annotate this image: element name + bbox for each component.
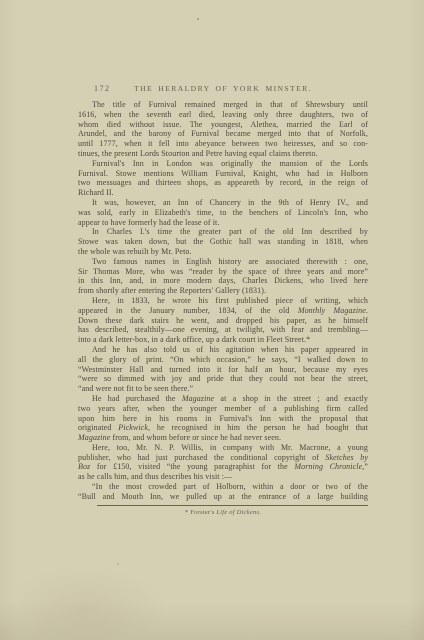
- text-line: two messuages and thirteen shops, as app…: [78, 178, 368, 188]
- text-line: tinues, the present Lords Stourton and P…: [78, 149, 368, 159]
- text-line: Down these dark stairs he went, and drop…: [78, 316, 368, 326]
- text-column: 172 THE HERALDRY OF YORK MINSTER. The ti…: [78, 84, 368, 516]
- page-body-text: The title of Furnival remained merged in…: [78, 100, 368, 502]
- text-line: Two famous names in English history are …: [78, 257, 368, 267]
- text-line: Sir Thomas More, who was “reader by the …: [78, 267, 368, 277]
- scan-speck: [117, 563, 119, 565]
- scan-speck: [197, 18, 199, 20]
- paragraph: Two famous names in English history are …: [78, 257, 368, 296]
- text-line: In Charles I.'s time the greater part of…: [78, 227, 368, 237]
- footnote-text: * Forster's Life of Dickens.: [78, 509, 368, 516]
- paragraph: “In the most crowded part of Holborn, wi…: [78, 482, 368, 502]
- text-line: Arundel, and the barony of Furnival beca…: [78, 129, 368, 139]
- paragraph: In Charles I.'s time the greater part of…: [78, 227, 368, 256]
- text-line: Magazine from, and whom before or since …: [78, 433, 368, 443]
- text-line: Furnival's Inn in London was originally …: [78, 159, 368, 169]
- paragraph: Here, too, Mr. N. P. Willis, in company …: [78, 443, 368, 482]
- text-line: all the glory of print. “On which occasi…: [78, 355, 368, 365]
- text-line: originated Pickwick, he recognised in hi…: [78, 423, 368, 433]
- text-line: publisher, who had just purchased the co…: [78, 453, 368, 463]
- text-line: “Bull and Mouth Inn, we pulled up at the…: [78, 492, 368, 502]
- text-line: And he has also told us of his agitation…: [78, 345, 368, 355]
- text-line: Boz for £150, visited “the young paragra…: [78, 462, 368, 472]
- text-line: Here, too, Mr. N. P. Willis, in company …: [78, 443, 368, 453]
- text-line: appear to have formerly had the lease of…: [78, 218, 368, 228]
- text-line: as he calls him, and thus describes his …: [78, 472, 368, 482]
- text-line: The title of Furnival remained merged in…: [78, 100, 368, 110]
- text-line: “In the most crowded part of Holborn, wi…: [78, 482, 368, 492]
- text-line: was sold, early in Elizabeth's time, to …: [78, 208, 368, 218]
- text-line: two years after, when the younger member…: [78, 404, 368, 414]
- text-line: It was, however, an Inn of Chancery in t…: [78, 198, 368, 208]
- text-line: appeared in the January number, 1834, of…: [78, 306, 368, 316]
- text-line: Furnival. Stowe mentions William Furniva…: [78, 169, 368, 179]
- paragraph: It was, however, an Inn of Chancery in t…: [78, 198, 368, 227]
- paragraph: He had purchased the Magazine at a shop …: [78, 394, 368, 443]
- running-title: THE HERALDRY OF YORK MINSTER.: [78, 84, 368, 93]
- text-line: 1616, when the seventh earl died, leavin…: [78, 110, 368, 120]
- text-line: from shortly after entering the Reporter…: [78, 286, 368, 296]
- text-line: “and were not fit to be seen there.”: [78, 384, 368, 394]
- text-line: has described, stealthily—one evening, a…: [78, 325, 368, 335]
- paragraph: Furnival's Inn in London was originally …: [78, 159, 368, 198]
- text-line: whom died without issue. The youngest, A…: [78, 120, 368, 130]
- paragraph: Here, in 1833, he wrote his first publis…: [78, 296, 368, 345]
- paragraph: The title of Furnival remained merged in…: [78, 100, 368, 159]
- page-number: 172: [94, 84, 111, 93]
- text-line: until 1777, when it fell into abeyance b…: [78, 139, 368, 149]
- text-line: “were so dimmed with joy and pride that …: [78, 374, 368, 384]
- text-line: “Westminster Hall and turned into it for…: [78, 365, 368, 375]
- text-line: He had purchased the Magazine at a shop …: [78, 394, 368, 404]
- text-line: into a dark letter-box, in a dark office…: [78, 335, 368, 345]
- footnote-rule: [97, 505, 368, 506]
- text-line: in this Inn, and, in more modern days, C…: [78, 276, 368, 286]
- book-page-scan: 172 THE HERALDRY OF YORK MINSTER. The ti…: [0, 0, 424, 640]
- running-head: 172 THE HERALDRY OF YORK MINSTER.: [78, 84, 368, 94]
- text-line: the whole was rebuilt by Mr. Peto.: [78, 247, 368, 257]
- paragraph: And he has also told us of his agitation…: [78, 345, 368, 394]
- text-line: Stowe was taken down, but the Gothic hal…: [78, 237, 368, 247]
- text-line: Here, in 1833, he wrote his first publis…: [78, 296, 368, 306]
- text-line: upon him here in his rooms in Furnival's…: [78, 414, 368, 424]
- footnote-block: * Forster's Life of Dickens.: [78, 505, 368, 517]
- text-line: Richard II.: [78, 188, 368, 198]
